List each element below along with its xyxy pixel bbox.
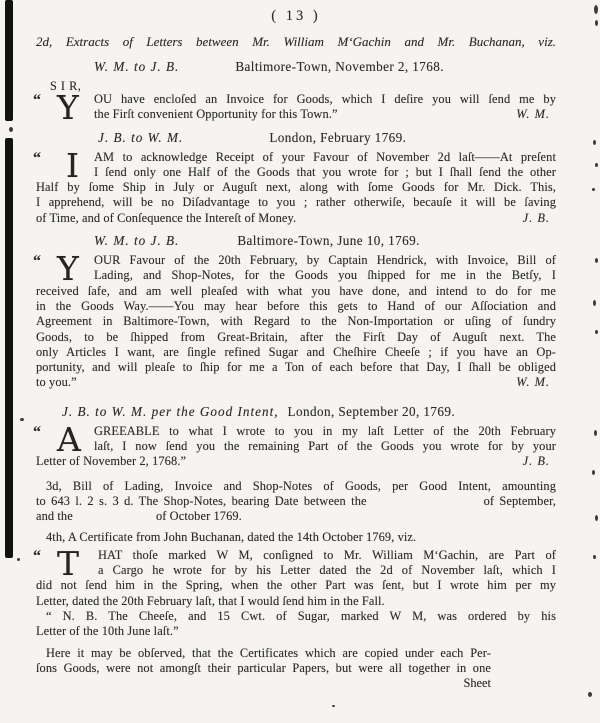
drop-cap: T <box>57 549 79 578</box>
scan-speck <box>593 140 596 145</box>
letter-dateline: Baltimore-Town, June 10, 1769. <box>237 233 420 250</box>
text-line-text: to you.” <box>36 375 77 390</box>
page-content: ( 13 ) 2d, Extracts of Letters between M… <box>36 8 556 692</box>
text-line: received ſafe, and am well pleaſed with … <box>36 284 556 299</box>
nb-line: “ N. B. The Cheeſe, and 15 Cwt. of Sugar… <box>36 609 556 624</box>
letter-dateline: London, September 20, 1769. <box>288 404 456 421</box>
text-line: OUR Favour of the 20th February, by Capt… <box>36 253 556 268</box>
letter-heading: W. M. to J. B. Baltimore-Town, November … <box>36 59 556 76</box>
drop-cap: I <box>66 151 79 180</box>
drop-cap: Y <box>57 254 79 283</box>
text-line: I ſend only one Half of the Goods that y… <box>36 165 556 180</box>
salutation: S I R, <box>36 79 556 92</box>
scan-speck <box>592 470 595 475</box>
item-paragraph-3d: 3d, Bill of Lading, Invoice and Shop-Not… <box>36 479 556 525</box>
text-line: GREEABLE to what I wrote to you in my la… <box>36 424 556 439</box>
text-line: did not ſend him in the Spring, when the… <box>36 578 556 593</box>
letter-dateline: London, February 1769. <box>269 130 406 147</box>
scan-speck <box>593 300 596 306</box>
open-quote: “ <box>33 424 40 442</box>
text-line: Here it may be obſerved, that the Certif… <box>36 646 491 661</box>
letter-paragraph: “ Y OU have encloſed an Invoice for Good… <box>36 92 556 123</box>
text-line: only Articles I want, are ſingle refined… <box>36 345 556 360</box>
scan-speck <box>594 5 598 14</box>
scan-speck <box>595 515 598 521</box>
scan-speck <box>595 163 598 167</box>
letter-dateline: Baltimore-Town, November 2, 1768. <box>235 59 444 76</box>
scan-speck <box>595 258 598 263</box>
scan-speck <box>9 127 13 132</box>
scan-speck <box>592 188 595 191</box>
text-line-text: the Firſt convenient Opportunity for thi… <box>94 107 338 122</box>
open-quote: “ <box>33 150 40 168</box>
document-heading: 2d, Extracts of Letters between Mr. Will… <box>36 34 556 50</box>
page-number: ( 13 ) <box>36 8 556 25</box>
closing-paragraph: Here it may be obſerved, that the Certif… <box>36 646 491 677</box>
signature: W. M. <box>516 375 556 390</box>
scan-speck <box>17 558 20 561</box>
catchword: Sheet <box>36 676 491 691</box>
scan-speck <box>595 20 598 26</box>
letter-parties: J. B. to W. M. <box>98 130 183 147</box>
letter-heading: J. B. to W. M. London, February 1769. <box>36 130 556 147</box>
text-line: I apprehend, will be no Diſadvantage to … <box>36 195 556 210</box>
scan-speck <box>332 705 335 707</box>
scan-speck <box>588 692 592 697</box>
letter-heading: J. B. to W. M. per the Good Intent, Lond… <box>36 404 556 421</box>
text-line: in the Goods Way.——You may hear before t… <box>36 299 556 314</box>
text-line: Letter, dated the 20th February laſt, th… <box>36 594 556 609</box>
signature: J. B. <box>523 211 556 226</box>
item-paragraph-4th: 4th, A Certificate from John Buchanan, d… <box>36 530 556 545</box>
text-line: to 643 l. 2 s. 3 d. The Shop-Notes, bear… <box>36 494 556 509</box>
certificate-paragraph: “ T HAT thoſe marked W M, conſigned to M… <box>36 548 556 609</box>
text-line: laſt, I now ſend you the remaining Part … <box>36 439 556 454</box>
text-line: OU have encloſed an Invoice for Goods, w… <box>36 92 556 107</box>
letter-heading: W. M. to J. B. Baltimore-Town, June 10, … <box>36 233 556 250</box>
open-quote: “ <box>33 548 40 566</box>
drop-cap: Y <box>57 93 79 122</box>
scan-speck <box>593 555 596 559</box>
text-line-text: of Time, and of Conſequence the Intereſt… <box>36 211 296 226</box>
letter-parties: J. B. to W. M. per the Good Intent, <box>62 404 279 421</box>
text-line: HAT thoſe marked W M, conſigned to Mr. W… <box>36 548 556 563</box>
signature: J. B. <box>523 454 556 469</box>
text-line: Lading, and Shop-Notes, for the Goods yo… <box>36 268 556 283</box>
letter-parties: W. M. to J. B. <box>94 59 179 76</box>
text-line: portunity, and will pleaſe to ſhip for m… <box>36 360 556 375</box>
text-line: AM to acknowledge Receipt of your Favour… <box>36 150 556 165</box>
letter-paragraph: “ Y OUR Favour of the 20th February, by … <box>36 253 556 391</box>
text-line: Letter of November 2, 1768.” J. B. <box>36 454 556 469</box>
text-line: 3d, Bill of Lading, Invoice and Shop-Not… <box>36 479 556 494</box>
text-line: and the of October 1769. <box>36 509 556 524</box>
binding-bar <box>5 0 13 121</box>
open-quote: “ <box>33 253 40 271</box>
text-line: the Firſt convenient Opportunity for thi… <box>36 107 556 122</box>
letter-paragraph: “ A GREEABLE to what I wrote to you in m… <box>36 424 556 470</box>
text-line: Half by ſome Ship in July or Auguſt next… <box>36 180 556 195</box>
text-line: ſons Goods, were not amongſt their parti… <box>36 661 491 676</box>
scanned-document-page: ( 13 ) 2d, Extracts of Letters between M… <box>0 0 600 723</box>
signature: W. M. <box>516 107 556 122</box>
text-line: Agreement in Baltimore-Town, with Regard… <box>36 314 556 329</box>
text-line: Goods, to be ſhipped from Great-Britain,… <box>36 330 556 345</box>
drop-cap: A <box>57 425 81 454</box>
nota-bene: “ N. B. The Cheeſe, and 15 Cwt. of Sugar… <box>36 609 556 640</box>
text-line: to you.” W. M. <box>36 375 556 390</box>
text-line: of Time, and of Conſequence the Intereſt… <box>36 211 556 226</box>
letter-parties: W. M. to J. B. <box>94 233 179 250</box>
open-quote: “ <box>33 92 40 110</box>
nb-line: Letter of the 10th June laſt.” <box>36 624 556 639</box>
scan-speck <box>595 330 598 334</box>
binding-bar <box>5 138 13 558</box>
scan-speck <box>594 430 597 436</box>
letter-paragraph: “ I AM to acknowledge Receipt of your Fa… <box>36 150 556 226</box>
scan-speck <box>20 418 24 421</box>
text-line: a Cargo he wrote for by his Letter dated… <box>36 563 556 578</box>
text-line: 4th, A Certificate from John Buchanan, d… <box>36 530 556 545</box>
